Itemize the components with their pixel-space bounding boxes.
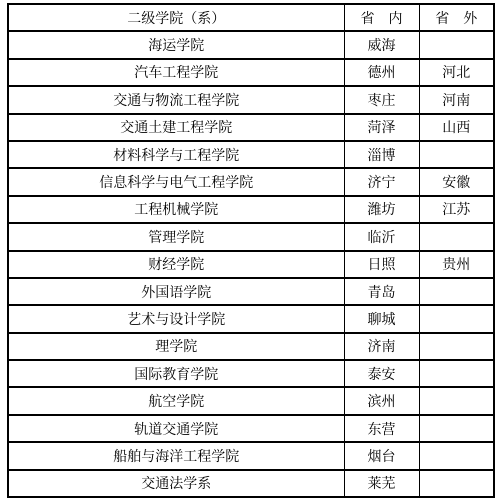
- college-cell: 理学院: [8, 333, 344, 360]
- table-row: 国际教育学院泰安: [8, 360, 494, 387]
- in-province-cell: 日照: [344, 251, 419, 278]
- out-province-cell: [419, 141, 494, 168]
- in-province-cell: 济南: [344, 333, 419, 360]
- in-province-cell: 东营: [344, 415, 419, 442]
- in-province-cell: 莱芜: [344, 470, 419, 497]
- table-row: 船舶与海洋工程学院烟台: [8, 442, 494, 469]
- college-cell: 材料科学与工程学院: [8, 141, 344, 168]
- college-cell: 艺术与设计学院: [8, 305, 344, 332]
- college-cell: 交通法学系: [8, 470, 344, 497]
- table-row: 轨道交通学院东营: [8, 415, 494, 442]
- out-province-cell: [419, 470, 494, 497]
- document-page: 二级学院（系） 省 内 省 外 海运学院威海汽车工程学院德州河北交通与物流工程学…: [0, 0, 500, 501]
- out-province-cell: 江苏: [419, 196, 494, 223]
- header-out-province: 省 外: [419, 4, 494, 31]
- in-province-cell: 德州: [344, 59, 419, 86]
- in-province-cell: 济宁: [344, 168, 419, 195]
- out-province-cell: [419, 415, 494, 442]
- out-province-cell: [419, 360, 494, 387]
- table-body: 海运学院威海汽车工程学院德州河北交通与物流工程学院枣庄河南交通土建工程学院菏泽山…: [8, 31, 494, 497]
- in-province-cell: 临沂: [344, 223, 419, 250]
- out-province-cell: 河北: [419, 59, 494, 86]
- out-province-cell: [419, 387, 494, 414]
- header-row: 二级学院（系） 省 内 省 外: [8, 4, 494, 31]
- table-row: 海运学院威海: [8, 31, 494, 58]
- in-province-cell: 青岛: [344, 278, 419, 305]
- college-cell: 交通与物流工程学院: [8, 86, 344, 113]
- in-province-cell: 聊城: [344, 305, 419, 332]
- table-row: 交通土建工程学院菏泽山西: [8, 114, 494, 141]
- table-row: 交通法学系莱芜: [8, 470, 494, 497]
- college-cell: 国际教育学院: [8, 360, 344, 387]
- in-province-cell: 潍坊: [344, 196, 419, 223]
- college-province-table: 二级学院（系） 省 内 省 外 海运学院威海汽车工程学院德州河北交通与物流工程学…: [7, 3, 495, 498]
- out-province-cell: 河南: [419, 86, 494, 113]
- out-province-cell: [419, 223, 494, 250]
- college-cell: 管理学院: [8, 223, 344, 250]
- out-province-cell: [419, 333, 494, 360]
- college-cell: 轨道交通学院: [8, 415, 344, 442]
- in-province-cell: 淄博: [344, 141, 419, 168]
- out-province-cell: 山西: [419, 114, 494, 141]
- table-row: 理学院济南: [8, 333, 494, 360]
- college-cell: 外国语学院: [8, 278, 344, 305]
- college-cell: 海运学院: [8, 31, 344, 58]
- header-in-province: 省 内: [344, 4, 419, 31]
- table-row: 财经学院日照贵州: [8, 251, 494, 278]
- in-province-cell: 菏泽: [344, 114, 419, 141]
- college-cell: 航空学院: [8, 387, 344, 414]
- in-province-cell: 滨州: [344, 387, 419, 414]
- college-cell: 船舶与海洋工程学院: [8, 442, 344, 469]
- out-province-cell: [419, 442, 494, 469]
- college-cell: 信息科学与电气工程学院: [8, 168, 344, 195]
- in-province-cell: 烟台: [344, 442, 419, 469]
- college-cell: 汽车工程学院: [8, 59, 344, 86]
- in-province-cell: 威海: [344, 31, 419, 58]
- out-province-cell: 安徽: [419, 168, 494, 195]
- table-row: 工程机械学院潍坊江苏: [8, 196, 494, 223]
- table-row: 外国语学院青岛: [8, 278, 494, 305]
- table-row: 航空学院滨州: [8, 387, 494, 414]
- out-province-cell: [419, 305, 494, 332]
- table-row: 交通与物流工程学院枣庄河南: [8, 86, 494, 113]
- in-province-cell: 枣庄: [344, 86, 419, 113]
- table-row: 材料科学与工程学院淄博: [8, 141, 494, 168]
- out-province-cell: [419, 31, 494, 58]
- table-row: 信息科学与电气工程学院济宁安徽: [8, 168, 494, 195]
- table-row: 艺术与设计学院聊城: [8, 305, 494, 332]
- header-college: 二级学院（系）: [8, 4, 344, 31]
- out-province-cell: [419, 278, 494, 305]
- out-province-cell: 贵州: [419, 251, 494, 278]
- in-province-cell: 泰安: [344, 360, 419, 387]
- college-cell: 交通土建工程学院: [8, 114, 344, 141]
- table-row: 管理学院临沂: [8, 223, 494, 250]
- college-cell: 财经学院: [8, 251, 344, 278]
- table-row: 汽车工程学院德州河北: [8, 59, 494, 86]
- college-cell: 工程机械学院: [8, 196, 344, 223]
